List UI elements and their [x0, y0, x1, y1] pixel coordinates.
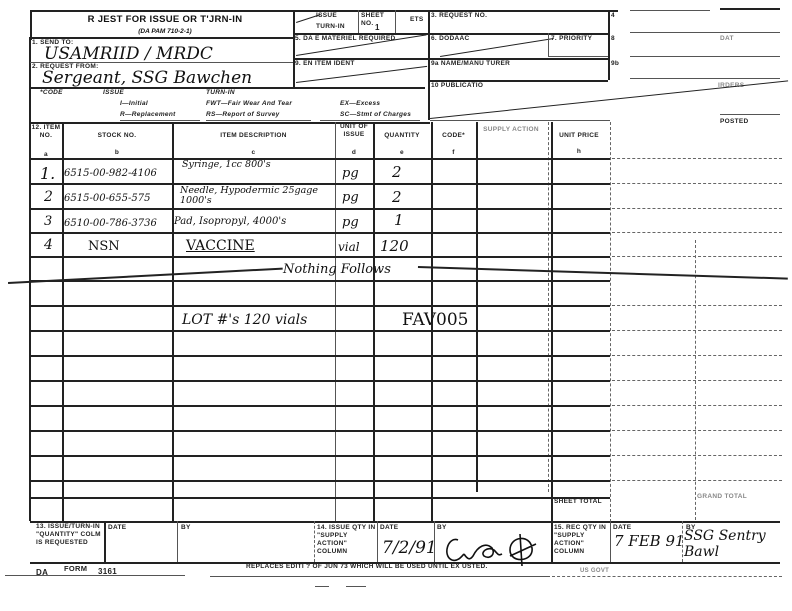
- row-3-stock-no[interactable]: 6510-00-786-3736: [64, 218, 157, 229]
- col-header-unit-price: UNIT PRICE: [548, 132, 610, 139]
- box-13-label: 13. ISSUE/TURN-IN "QUANTITY" COLM IS REQ…: [36, 523, 104, 547]
- field-9b-label: 9b: [611, 60, 619, 67]
- form-title: R JEST FOR ISSUE OR T'JRN-IN: [40, 14, 290, 25]
- row-2-description[interactable]: Needle, Hypodermic 25gage 1000's: [180, 186, 335, 206]
- request-from-value[interactable]: Sergeant, SSG Bawchen: [42, 68, 252, 88]
- priority-label: 7. PRIORITY: [551, 35, 592, 42]
- row-2-quantity[interactable]: 2: [392, 188, 402, 206]
- row-3-item-no[interactable]: 3: [44, 214, 52, 229]
- field-4-label: 4: [611, 12, 615, 19]
- row-4-description[interactable]: VACCINE: [186, 238, 255, 254]
- col-header-supply-action: SUPPLY ACTION: [476, 126, 546, 134]
- turnin-code-fwt: FWT—Fair Wear And Tear: [206, 100, 292, 107]
- col-header-stock-no: STOCK NO.: [62, 132, 172, 139]
- col-header-unit-of-issue: UNIT OF ISSUE: [335, 123, 373, 139]
- row-1-quantity[interactable]: 2: [392, 163, 402, 181]
- row-1-item-no[interactable]: 1.: [40, 164, 55, 183]
- box-13-date-label: DATE: [108, 524, 126, 531]
- col-letter-e: e: [373, 149, 431, 156]
- col-letter-d: d: [335, 149, 373, 156]
- box-14-date-label: DATE: [380, 524, 398, 531]
- issue-code-replacement: R—Replacement: [120, 111, 176, 118]
- row-2-stock-no[interactable]: 6515-00-655-575: [64, 193, 150, 204]
- lot-note: LOT #'s 120 vials: [182, 312, 307, 328]
- lot-number: FAV005: [402, 310, 468, 330]
- nothing-follows-note: Nothing Follows: [283, 262, 391, 277]
- grand-total-label: GRAND TOTAL: [697, 493, 747, 500]
- box-15-signature[interactable]: SSG Sentry Bawl: [684, 528, 792, 560]
- field-8-label: 8: [611, 35, 615, 42]
- send-to-value[interactable]: USAMRIID / MRDC: [44, 44, 213, 64]
- box-15-date-label: DATE: [613, 524, 631, 531]
- form-id-label: FORM: [64, 564, 87, 573]
- dodaac-label: 6. DODAAC: [431, 35, 469, 42]
- turnin-code-rs: RS—Report of Survey: [206, 111, 280, 118]
- row-1-stock-no[interactable]: 6515-00-982-4106: [64, 168, 157, 179]
- field-8-text: DAT: [720, 35, 734, 42]
- publication-label: 10 PUBLICATIO: [431, 82, 483, 89]
- turnin-codes-heading: TURN-IN: [206, 89, 235, 96]
- sheets-label: ETS: [410, 16, 424, 23]
- end-item-label: 9. EN ITEM IDENT: [295, 60, 355, 67]
- form-id-prefix: DA: [36, 568, 48, 577]
- row-4-quantity[interactable]: 120: [380, 237, 409, 255]
- row-3-description[interactable]: Pad, Isopropyl, 4000's: [174, 216, 286, 227]
- sheet-no-value: 1: [375, 23, 380, 32]
- issue-code-initial: I—Initial: [120, 100, 148, 107]
- row-4-item-no[interactable]: 4: [44, 237, 53, 253]
- footer-govt-print: US GOVT: [580, 568, 609, 574]
- box-15-label: 15. REC QTY IN "SUPPLY ACTION" COLUMN: [554, 524, 609, 556]
- row-4-unit[interactable]: vial: [338, 240, 360, 254]
- nothing-follows-line-right: [418, 266, 788, 279]
- col-letter-c: c: [172, 149, 335, 156]
- row-2-unit[interactable]: pg: [342, 190, 359, 205]
- col-letter-a: a: [30, 151, 62, 158]
- col-letter-h: h: [548, 148, 610, 155]
- col-header-code: CODE*: [431, 132, 476, 139]
- posted-label: POSTED: [720, 118, 749, 125]
- turnin-checkbox-label[interactable]: TURN-IN: [316, 23, 345, 30]
- issue-checkbox-label[interactable]: ISSUE: [316, 12, 337, 19]
- row-2-item-no[interactable]: 2: [44, 189, 53, 205]
- box-14-date-value[interactable]: 7/2/91: [382, 538, 437, 558]
- box-13-by-label: BY: [181, 524, 191, 531]
- request-no-label: 3. REQUEST NO.: [431, 12, 487, 19]
- sheet-total-label: SHEET TOTAL: [554, 498, 602, 505]
- row-4-stock-no[interactable]: NSN: [88, 239, 120, 254]
- form-number: 3161: [98, 567, 117, 576]
- row-3-quantity[interactable]: 1: [394, 211, 404, 229]
- row-1-unit[interactable]: pg: [342, 166, 359, 181]
- col-letter-b: b: [62, 149, 172, 156]
- other-code-sc: SC—Stmt of Charges: [340, 111, 411, 118]
- col-header-quantity: QUANTITY: [373, 132, 431, 139]
- form-subtitle: (DA PAM 710-2-1): [40, 28, 290, 35]
- manufacturer-label: 9a NAME/MANU TURER: [431, 60, 510, 67]
- other-code-ex: EX—Excess: [340, 100, 380, 107]
- issue-codes-heading: ISSUE: [103, 89, 124, 96]
- replaces-edition-note: REPLACES EDITI ? OF JUN 73 WHICH WILL BE…: [246, 563, 488, 570]
- col-header-item-description: ITEM DESCRIPTION: [172, 132, 335, 139]
- row-1-description[interactable]: Syringe, 1cc 800's: [182, 160, 272, 170]
- box-14-label: 14. ISSUE QTY IN "SUPPLY ACTION" COLUMN: [317, 524, 377, 556]
- row-3-unit[interactable]: pg: [342, 215, 359, 230]
- code-label: *CODE: [40, 89, 63, 96]
- col-header-item-no: 12. ITEM NO.: [30, 124, 62, 140]
- col-letter-f: f: [431, 149, 476, 156]
